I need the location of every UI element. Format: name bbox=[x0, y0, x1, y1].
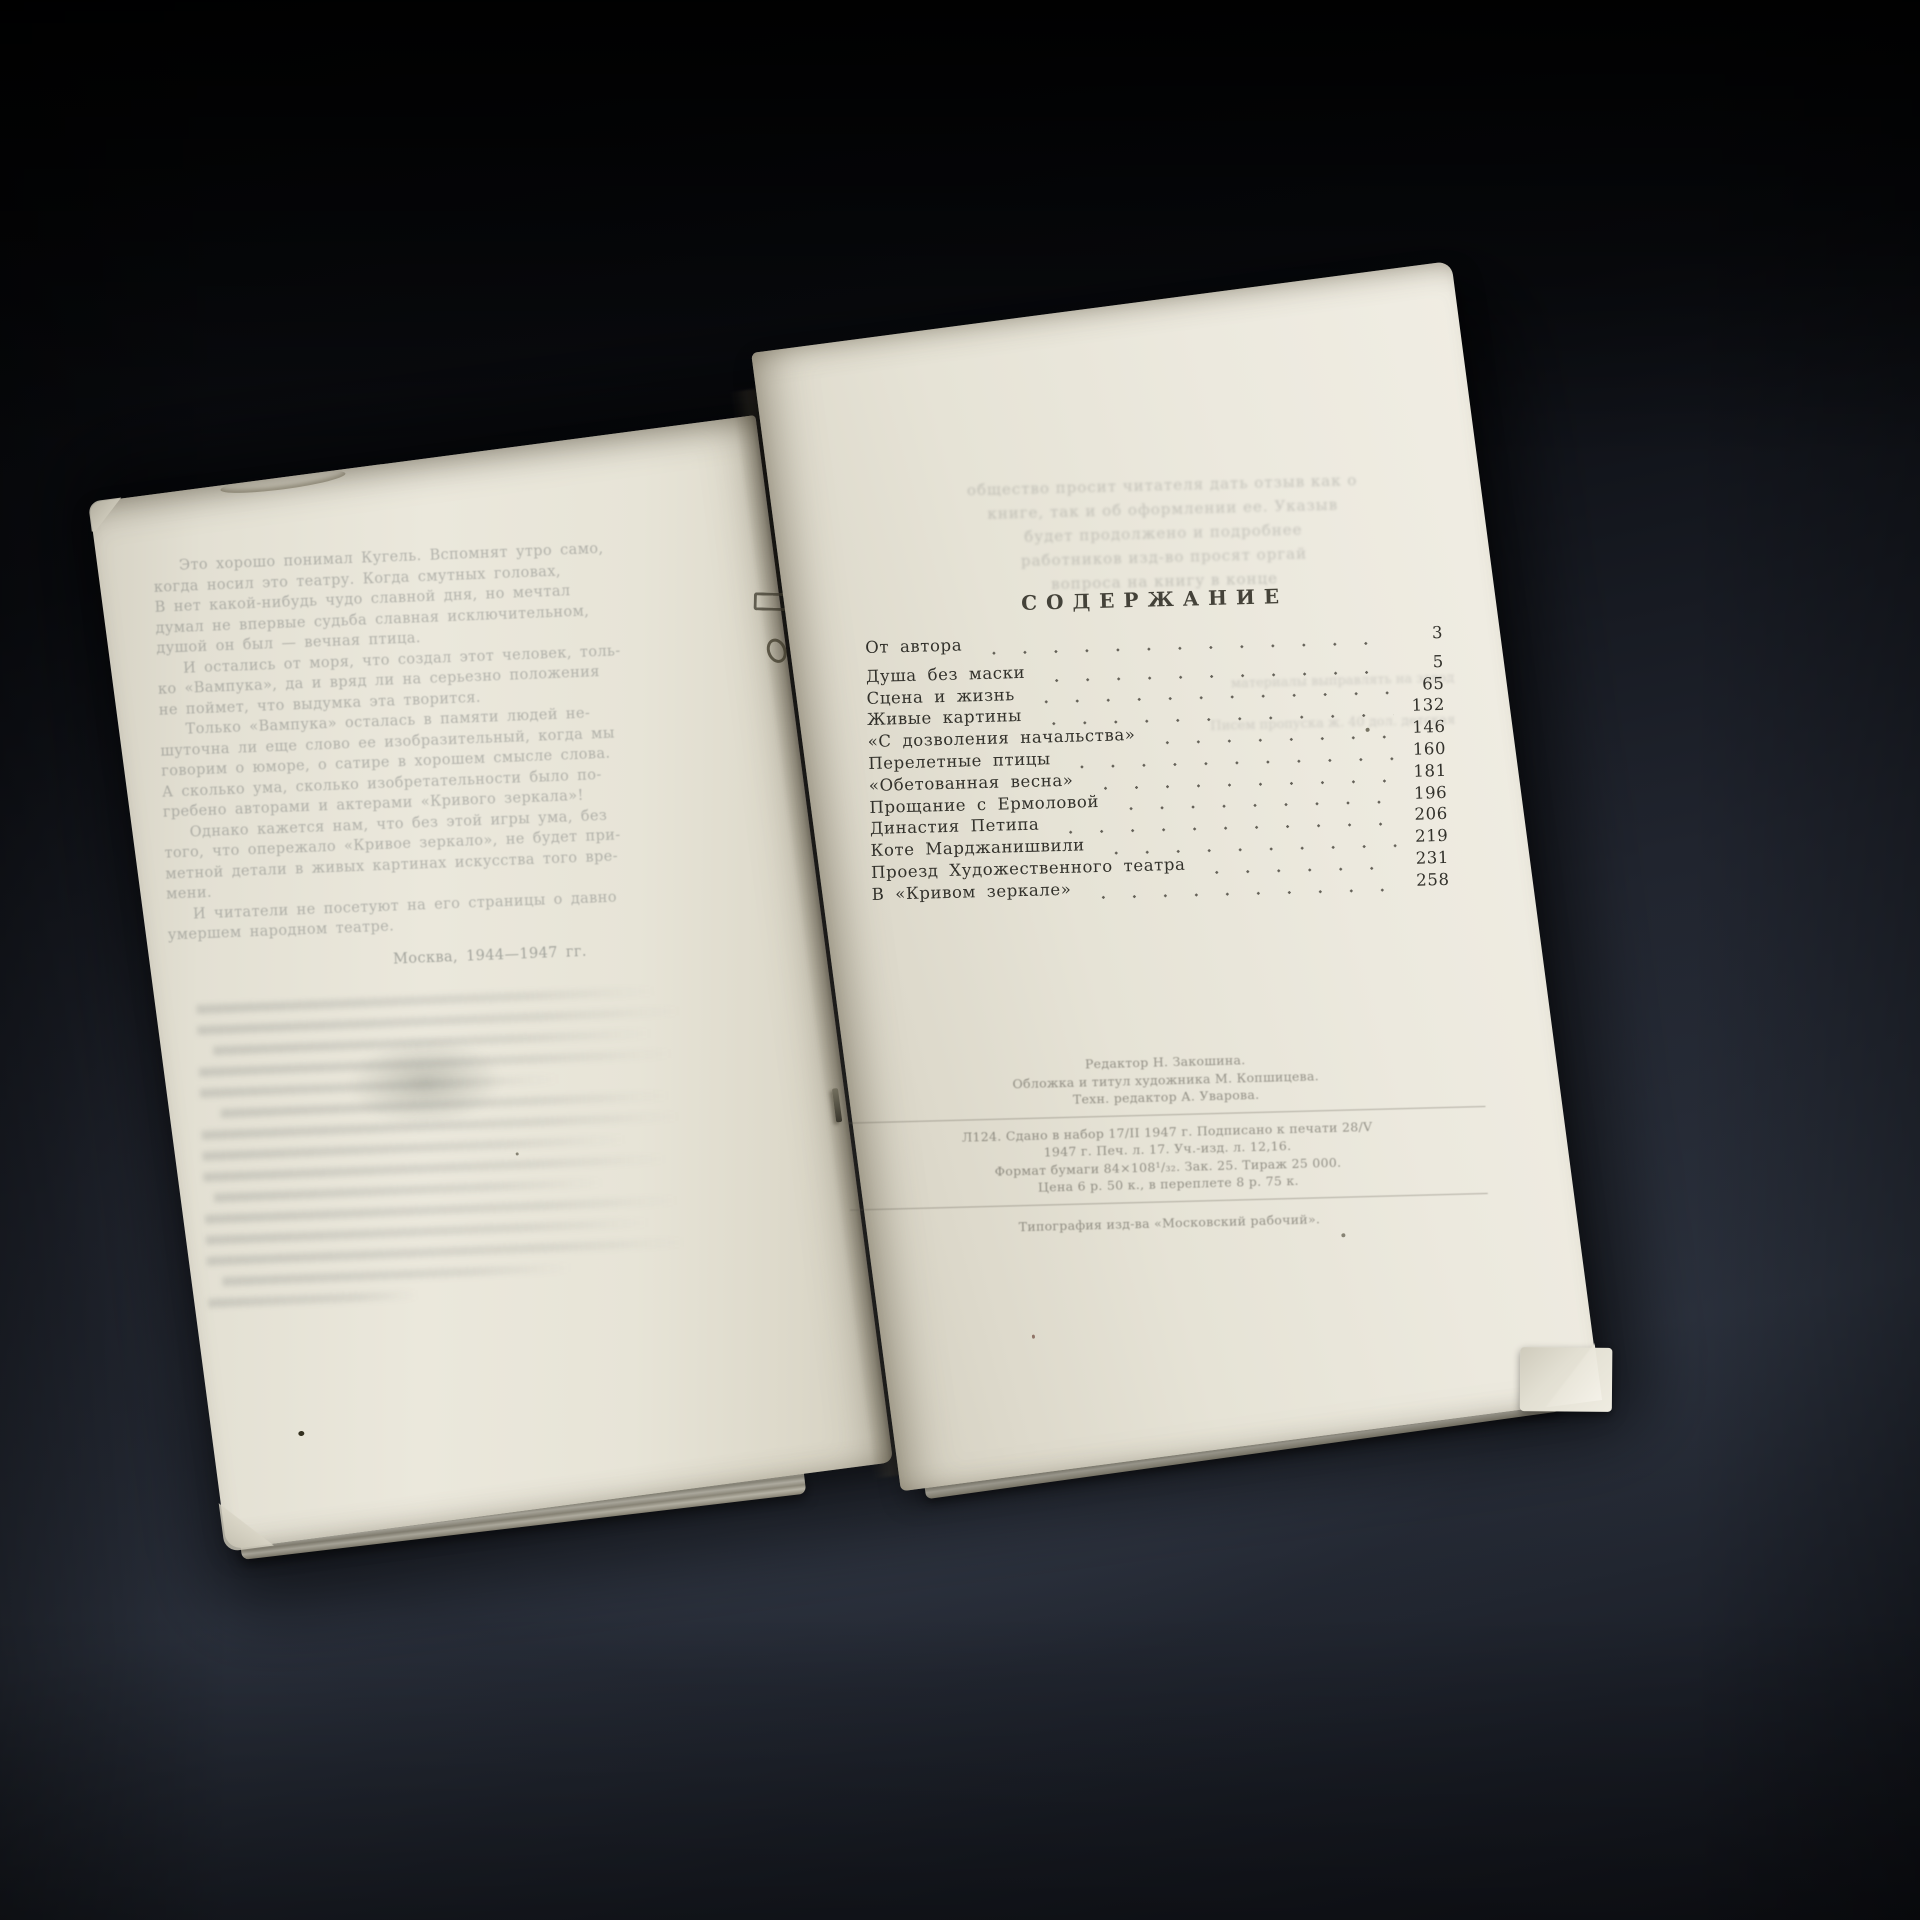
right-page-content: общество просит читателя дать отзыв как … bbox=[847, 302, 1469, 1465]
toc-list: От автора 3 Душа без маски 5 Сцена и жиз… bbox=[865, 622, 1450, 906]
toc-entry-page-number: 206 bbox=[1402, 803, 1449, 826]
toc-entry-page-number: 196 bbox=[1401, 781, 1448, 804]
page-corner-fold bbox=[219, 1495, 283, 1552]
toc-leader-dots bbox=[1081, 879, 1398, 900]
page-corner-fold bbox=[88, 497, 126, 531]
binding-staple bbox=[754, 592, 787, 611]
toc-entry-page-number: 65 bbox=[1398, 672, 1445, 695]
faded-text-block bbox=[196, 973, 709, 1320]
toc-entry-page-number: 5 bbox=[1398, 651, 1445, 674]
toc-entry-label: В «Кривом зеркале» bbox=[871, 879, 1071, 906]
photo-scene: Это хорошо понимал Кугель. Вспомнят утро… bbox=[0, 0, 1920, 1920]
toc-entry-page-number: 3 bbox=[1397, 622, 1444, 645]
publication-date-line: Москва, 1944—1947 гг. bbox=[169, 939, 643, 979]
colophon: Редактор Н. Закошина. Обложка и титул ху… bbox=[872, 1046, 1462, 1239]
toc-entry-page-number: 219 bbox=[1402, 825, 1449, 848]
foxing-speck bbox=[298, 1431, 305, 1437]
toc-entry-page-number: 231 bbox=[1403, 847, 1450, 870]
toc-entry-page-number: 181 bbox=[1400, 760, 1447, 783]
toc-entry-page-number: 258 bbox=[1403, 869, 1450, 892]
left-page-ghost-text: Это хорошо понимал Кугель. Вспомнят утро… bbox=[153, 538, 644, 979]
page-corner-fold bbox=[1511, 1338, 1602, 1410]
showthrough-text: общество просит читателя дать отзыв как … bbox=[881, 466, 1446, 601]
right-page: общество просит читателя дать отзыв как … bbox=[751, 261, 1601, 1491]
toc-entry-page-number: 146 bbox=[1399, 716, 1446, 739]
toc-leader-dots bbox=[972, 632, 1391, 656]
open-book: Это хорошо понимал Кугель. Вспомнят утро… bbox=[81, 259, 1619, 1582]
toc-entry-label: От автора bbox=[865, 635, 962, 659]
toc-entry-page-number: 132 bbox=[1399, 694, 1446, 717]
toc-entry-page-number: 160 bbox=[1400, 738, 1447, 761]
printer-line: Типография изд-ва «Московский рабочий». bbox=[876, 1206, 1462, 1239]
